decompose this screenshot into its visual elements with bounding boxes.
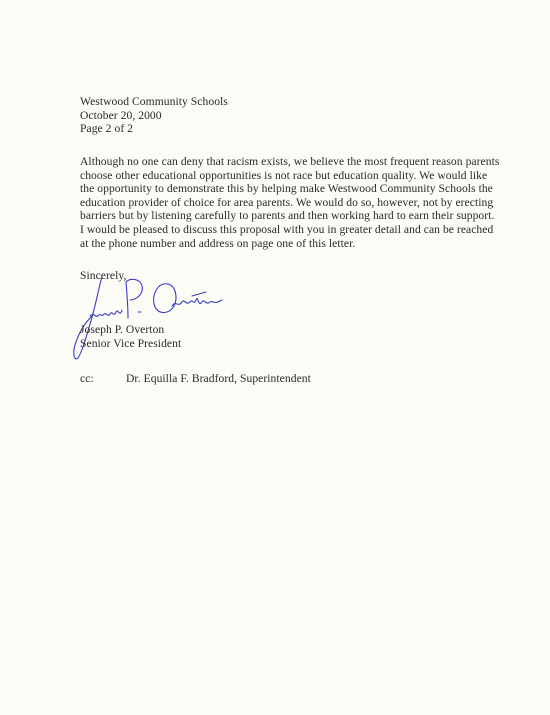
paragraph-line: I would be pleased to discuss this propo… bbox=[80, 223, 493, 237]
cc-label: cc: bbox=[80, 372, 126, 386]
paragraph-line: education provider of choice for area pa… bbox=[80, 196, 499, 210]
body-paragraph-2: I would be pleased to discuss this propo… bbox=[80, 223, 493, 250]
header-date: October 20, 2000 bbox=[80, 109, 228, 123]
letter-page: Westwood Community Schools October 20, 2… bbox=[0, 0, 550, 715]
closing-salutation: Sincerely, bbox=[80, 269, 126, 283]
carbon-copy: cc:Dr. Equilla F. Bradford, Superintende… bbox=[80, 372, 311, 386]
paragraph-line: barriers but by listening carefully to p… bbox=[80, 209, 499, 223]
header-organization: Westwood Community Schools bbox=[80, 95, 228, 109]
paragraph-line: at the phone number and address on page … bbox=[80, 237, 493, 251]
signer-title: Senior Vice President bbox=[80, 337, 181, 351]
signer-name: Joseph P. Overton bbox=[80, 323, 164, 337]
paragraph-line: choose other educational opportunities i… bbox=[80, 169, 499, 183]
letter-header: Westwood Community Schools October 20, 2… bbox=[80, 95, 228, 136]
paragraph-line: Although no one can deny that racism exi… bbox=[80, 155, 499, 169]
cc-recipient: Dr. Equilla F. Bradford, Superintendent bbox=[126, 372, 311, 385]
header-page-number: Page 2 of 2 bbox=[80, 122, 228, 136]
paragraph-line: the opportunity to demonstrate this by h… bbox=[80, 182, 499, 196]
body-paragraph-1: Although no one can deny that racism exi… bbox=[80, 155, 499, 223]
